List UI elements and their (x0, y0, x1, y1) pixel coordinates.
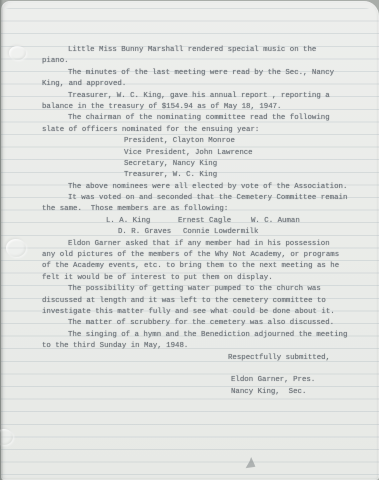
committee-members-row: L. A. King Ernest Cagle W. C. Auman (42, 216, 352, 227)
text-line: balance in the treasury of $154.94 as of… (42, 102, 352, 113)
committee-member: D. R. Graves (118, 227, 171, 238)
text-line: any old pictures of the members of the W… (42, 250, 352, 261)
text-line: of the Academy events, etc. to bring the… (42, 261, 352, 272)
text-line: The minutes of the last meeting were rea… (42, 68, 352, 79)
officer-line-secretary: Secretary, Nancy King (42, 159, 352, 170)
text-line: It was voted on and seconded that the Ce… (42, 193, 352, 204)
text-line: The above nominees were all elected by v… (42, 182, 352, 193)
committee-member: W. C. Auman (251, 216, 300, 227)
blank-line (42, 364, 352, 375)
text-line: felt it would be of interest to put them… (42, 273, 352, 284)
committee-member: Ernest Cagle (178, 216, 231, 227)
committee-member: Connie Lowdermilk (183, 227, 258, 238)
typewritten-text: Little Miss Bunny Marshall rendered spec… (42, 45, 352, 398)
signature-line-secretary: Nancy King, Sec. (42, 387, 352, 398)
text-line: investigate this matter fully and see wh… (42, 307, 352, 318)
text-line: discussed at length and it was left to t… (42, 296, 352, 307)
officer-line-vice-president: Vice President, John Lawrence (42, 148, 352, 159)
committee-member: L. A. King (106, 216, 150, 227)
fastener-impression-middle (6, 239, 26, 257)
text-line: the same. Those members are as following… (42, 204, 352, 215)
text-line: slate of officers nominated for the ensu… (42, 125, 352, 136)
scan-edge-shadow (0, 0, 3, 480)
text-line: Treasurer, W. C. King, gave his annual r… (42, 91, 352, 102)
officer-line-president: President, Clayton Monroe (42, 136, 352, 147)
text-line: Little Miss Bunny Marshall rendered spec… (42, 45, 352, 56)
officer-line-treasurer: Treasurer, W. C. King (42, 170, 352, 181)
text-line: to the third Sunday in May, 1948. (42, 341, 352, 352)
text-line: The matter of scrubbery for the cemetery… (42, 318, 352, 329)
text-line: The possibility of getting water pumped … (42, 284, 352, 295)
text-line: The chairman of the nominating committee… (42, 113, 352, 124)
text-line: Eldon Garner asked that if any member ha… (42, 239, 352, 250)
committee-members-row: D. R. Graves Connie Lowdermilk (42, 227, 352, 238)
signature-line-president: Eldon Garner, Pres. (42, 375, 352, 386)
text-line: The singing of a hymn and the Benedictio… (42, 330, 352, 341)
fastener-impression-top (9, 46, 26, 60)
paper-sheet: Little Miss Bunny Marshall rendered spec… (1, 1, 379, 480)
text-line: piano. (42, 56, 352, 67)
closing-line: Respectfully submitted, (42, 353, 352, 364)
text-line: King, and approved. (42, 79, 352, 90)
scanned-minutes-page: { "doc": { "flow": [ {"t": "Little Miss … (0, 0, 379, 480)
